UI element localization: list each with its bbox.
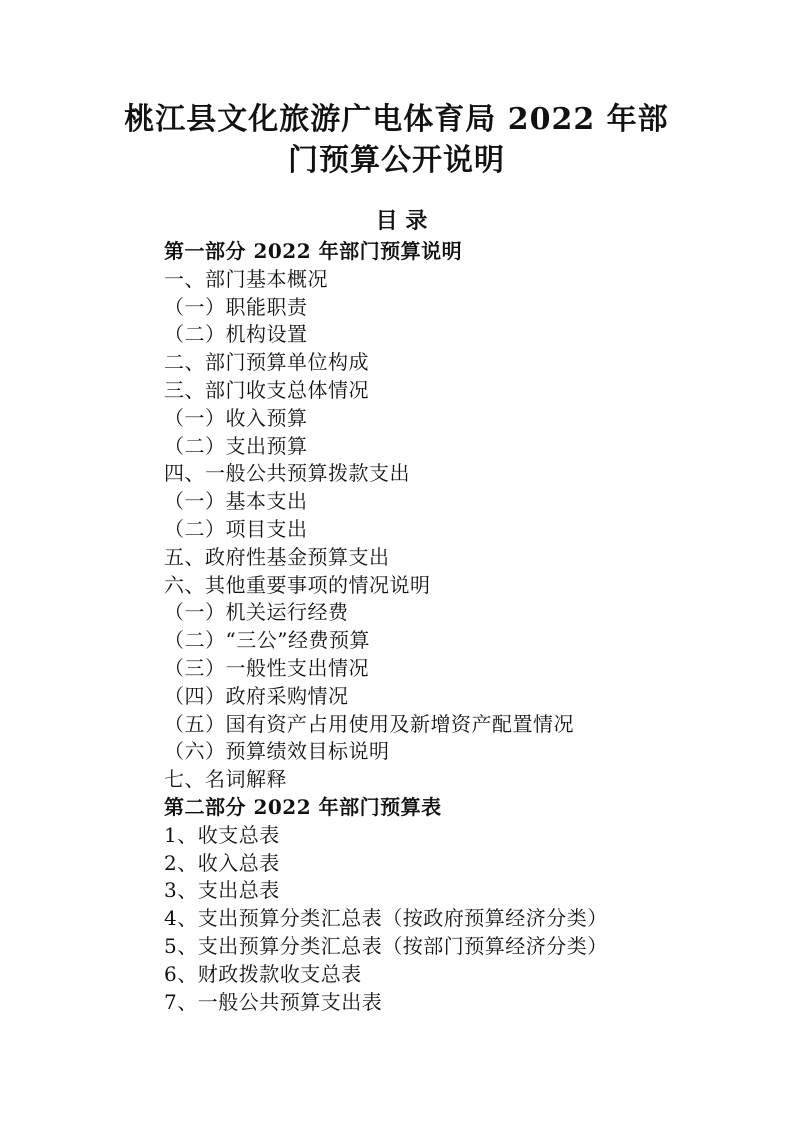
toc-item: 六、其他重要事项的情况说明 — [164, 572, 608, 600]
toc-item: 5、支出预算分类汇总表（按部门预算经济分类） — [164, 933, 608, 961]
document-title-line-2: 门预算公开说明 — [0, 141, 793, 181]
toc-item: 四、一般公共预算拨款支出 — [164, 460, 608, 488]
toc-part-2: 第二部分 2022 年部门预算表 — [164, 794, 608, 822]
toc-item: （一）收入预算 — [164, 405, 608, 433]
toc-item: （五）国有资产占用使用及新增资产配置情况 — [164, 711, 608, 739]
toc-item: （一）职能职责 — [164, 294, 608, 322]
toc-heading: 目 录 — [0, 207, 793, 235]
toc-item: （三）一般性支出情况 — [164, 655, 608, 683]
toc-item: 三、部门收支总体情况 — [164, 377, 608, 405]
toc-item: 1、收支总表 — [164, 822, 608, 850]
toc-item: 6、财政拨款收支总表 — [164, 961, 608, 989]
toc-item: （六）预算绩效目标说明 — [164, 738, 608, 766]
toc-item: 2、收入总表 — [164, 850, 608, 878]
toc-item: 七、名词解释 — [164, 766, 608, 794]
toc-item: 4、支出预算分类汇总表（按政府预算经济分类） — [164, 905, 608, 933]
toc-item: （二）支出预算 — [164, 433, 608, 461]
table-of-contents: 第一部分 2022 年部门预算说明 一、部门基本概况 （一）职能职责 （二）机构… — [164, 238, 608, 1016]
toc-item: 五、政府性基金预算支出 — [164, 544, 608, 572]
toc-item: （二）“三公”经费预算 — [164, 627, 608, 655]
toc-item: （一）基本支出 — [164, 488, 608, 516]
toc-item: 一、部门基本概况 — [164, 266, 608, 294]
toc-item: （二）机构设置 — [164, 321, 608, 349]
toc-item: 二、部门预算单位构成 — [164, 349, 608, 377]
toc-part-1: 第一部分 2022 年部门预算说明 — [164, 238, 608, 266]
toc-item: （二）项目支出 — [164, 516, 608, 544]
toc-item: （四）政府采购情况 — [164, 683, 608, 711]
toc-item: 3、支出总表 — [164, 877, 608, 905]
document-title-line-1: 桃江县文化旅游广电体育局 2022 年部 — [0, 100, 793, 140]
toc-item: 7、一般公共预算支出表 — [164, 989, 608, 1017]
toc-item: （一）机关运行经费 — [164, 599, 608, 627]
